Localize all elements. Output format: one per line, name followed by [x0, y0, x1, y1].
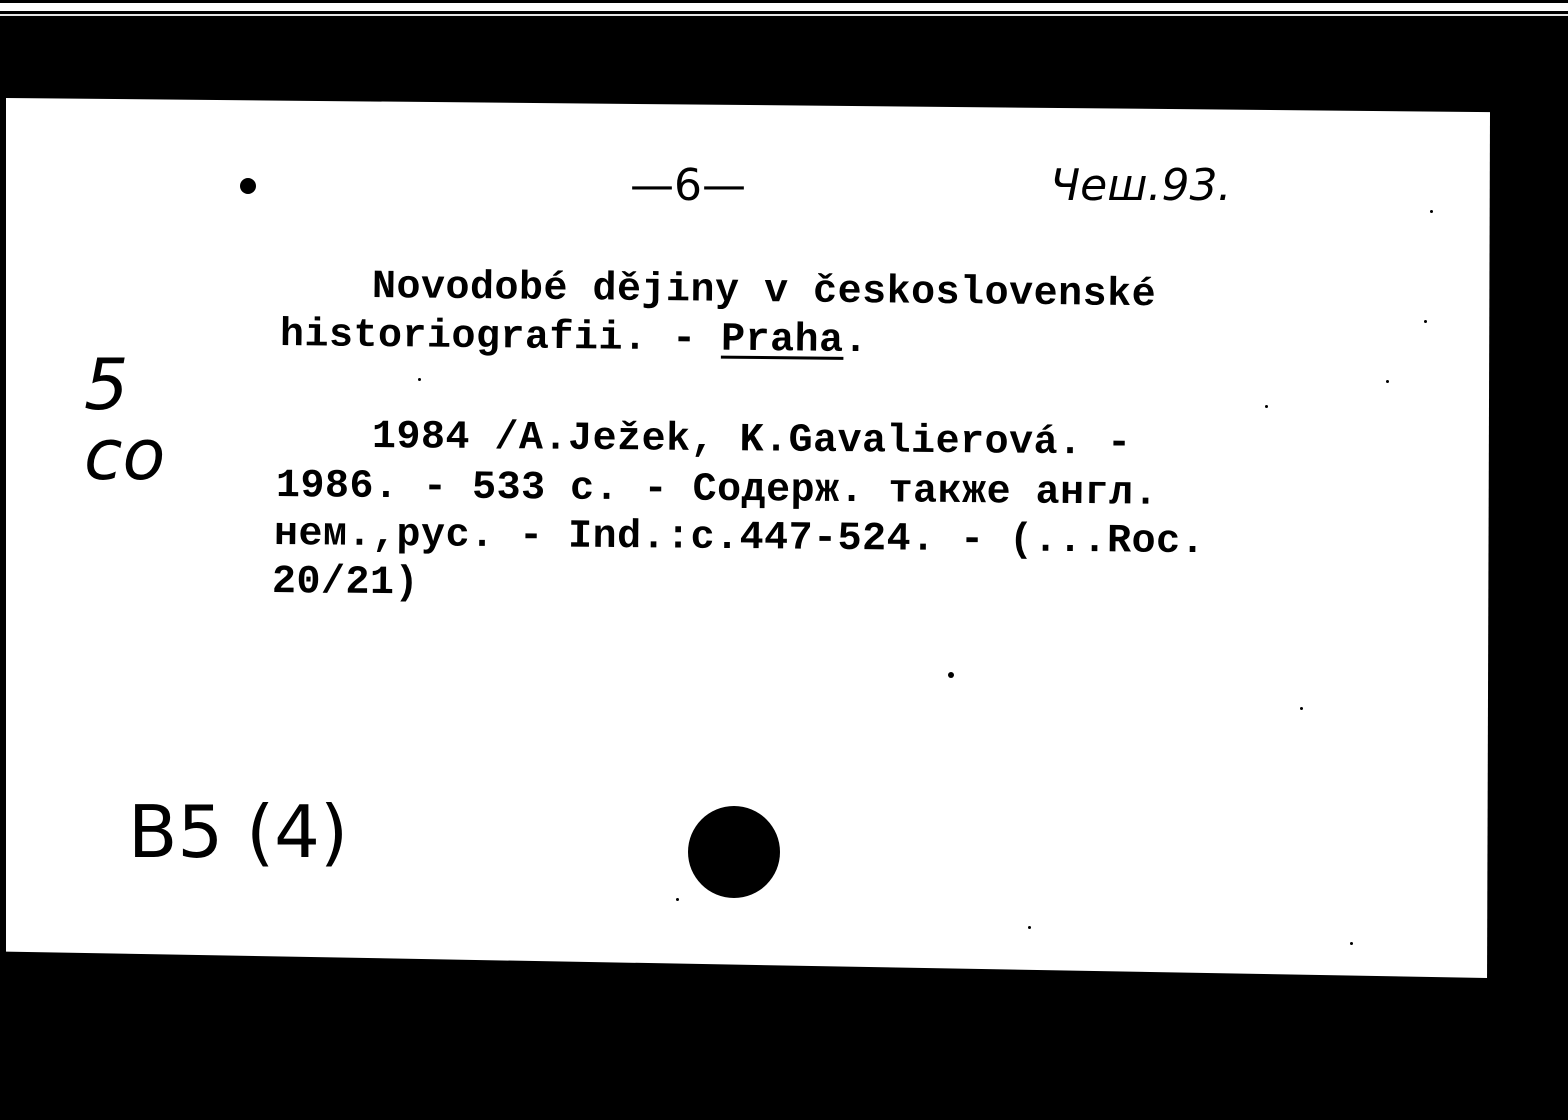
body-line-3: нем.,рус. - Ind.:c.447-524. - (...Roc. [274, 512, 1206, 565]
body-line-1: 1984 /A.Ježek, K.Gavalierová. - [372, 415, 1132, 467]
scanner-edge-line [0, 14, 1568, 16]
speck-icon [1386, 380, 1389, 383]
ink-dot-icon [240, 178, 256, 194]
speck-icon [1350, 942, 1353, 945]
body-line-4: 20/21) [272, 560, 419, 606]
scanner-edge-strip [0, 3, 1568, 11]
call-mark: Чеш.93. [1050, 160, 1231, 211]
title-line-2: historiografii. - Praha. [280, 313, 869, 364]
scan-frame: —6— Чеш.93. Novodobé dějiny v českoslove… [0, 0, 1568, 1120]
body-line-2: 1986. - 533 c. - Содерж. также англ. [276, 464, 1158, 517]
speck-icon [1028, 926, 1031, 929]
speck-icon [1265, 405, 1268, 408]
speck-icon [418, 378, 421, 381]
speck-icon [676, 898, 679, 901]
speck-icon [948, 672, 954, 678]
speck-icon [1430, 210, 1433, 213]
speck-icon [1300, 707, 1303, 710]
publication-place: Praha [721, 318, 844, 364]
handwritten-shelf-mark: B5 (4) [128, 790, 348, 874]
punch-hole-icon [688, 806, 780, 898]
page-number: —6— [630, 160, 746, 211]
handwritten-margin-mark: 5 co [84, 350, 165, 490]
title-line-2-text: historiografii. - [280, 313, 722, 363]
speck-icon [1424, 320, 1427, 323]
title-line-2-end: . [843, 319, 868, 364]
title-line-1: Novodobé dějiny v československé [372, 265, 1157, 318]
